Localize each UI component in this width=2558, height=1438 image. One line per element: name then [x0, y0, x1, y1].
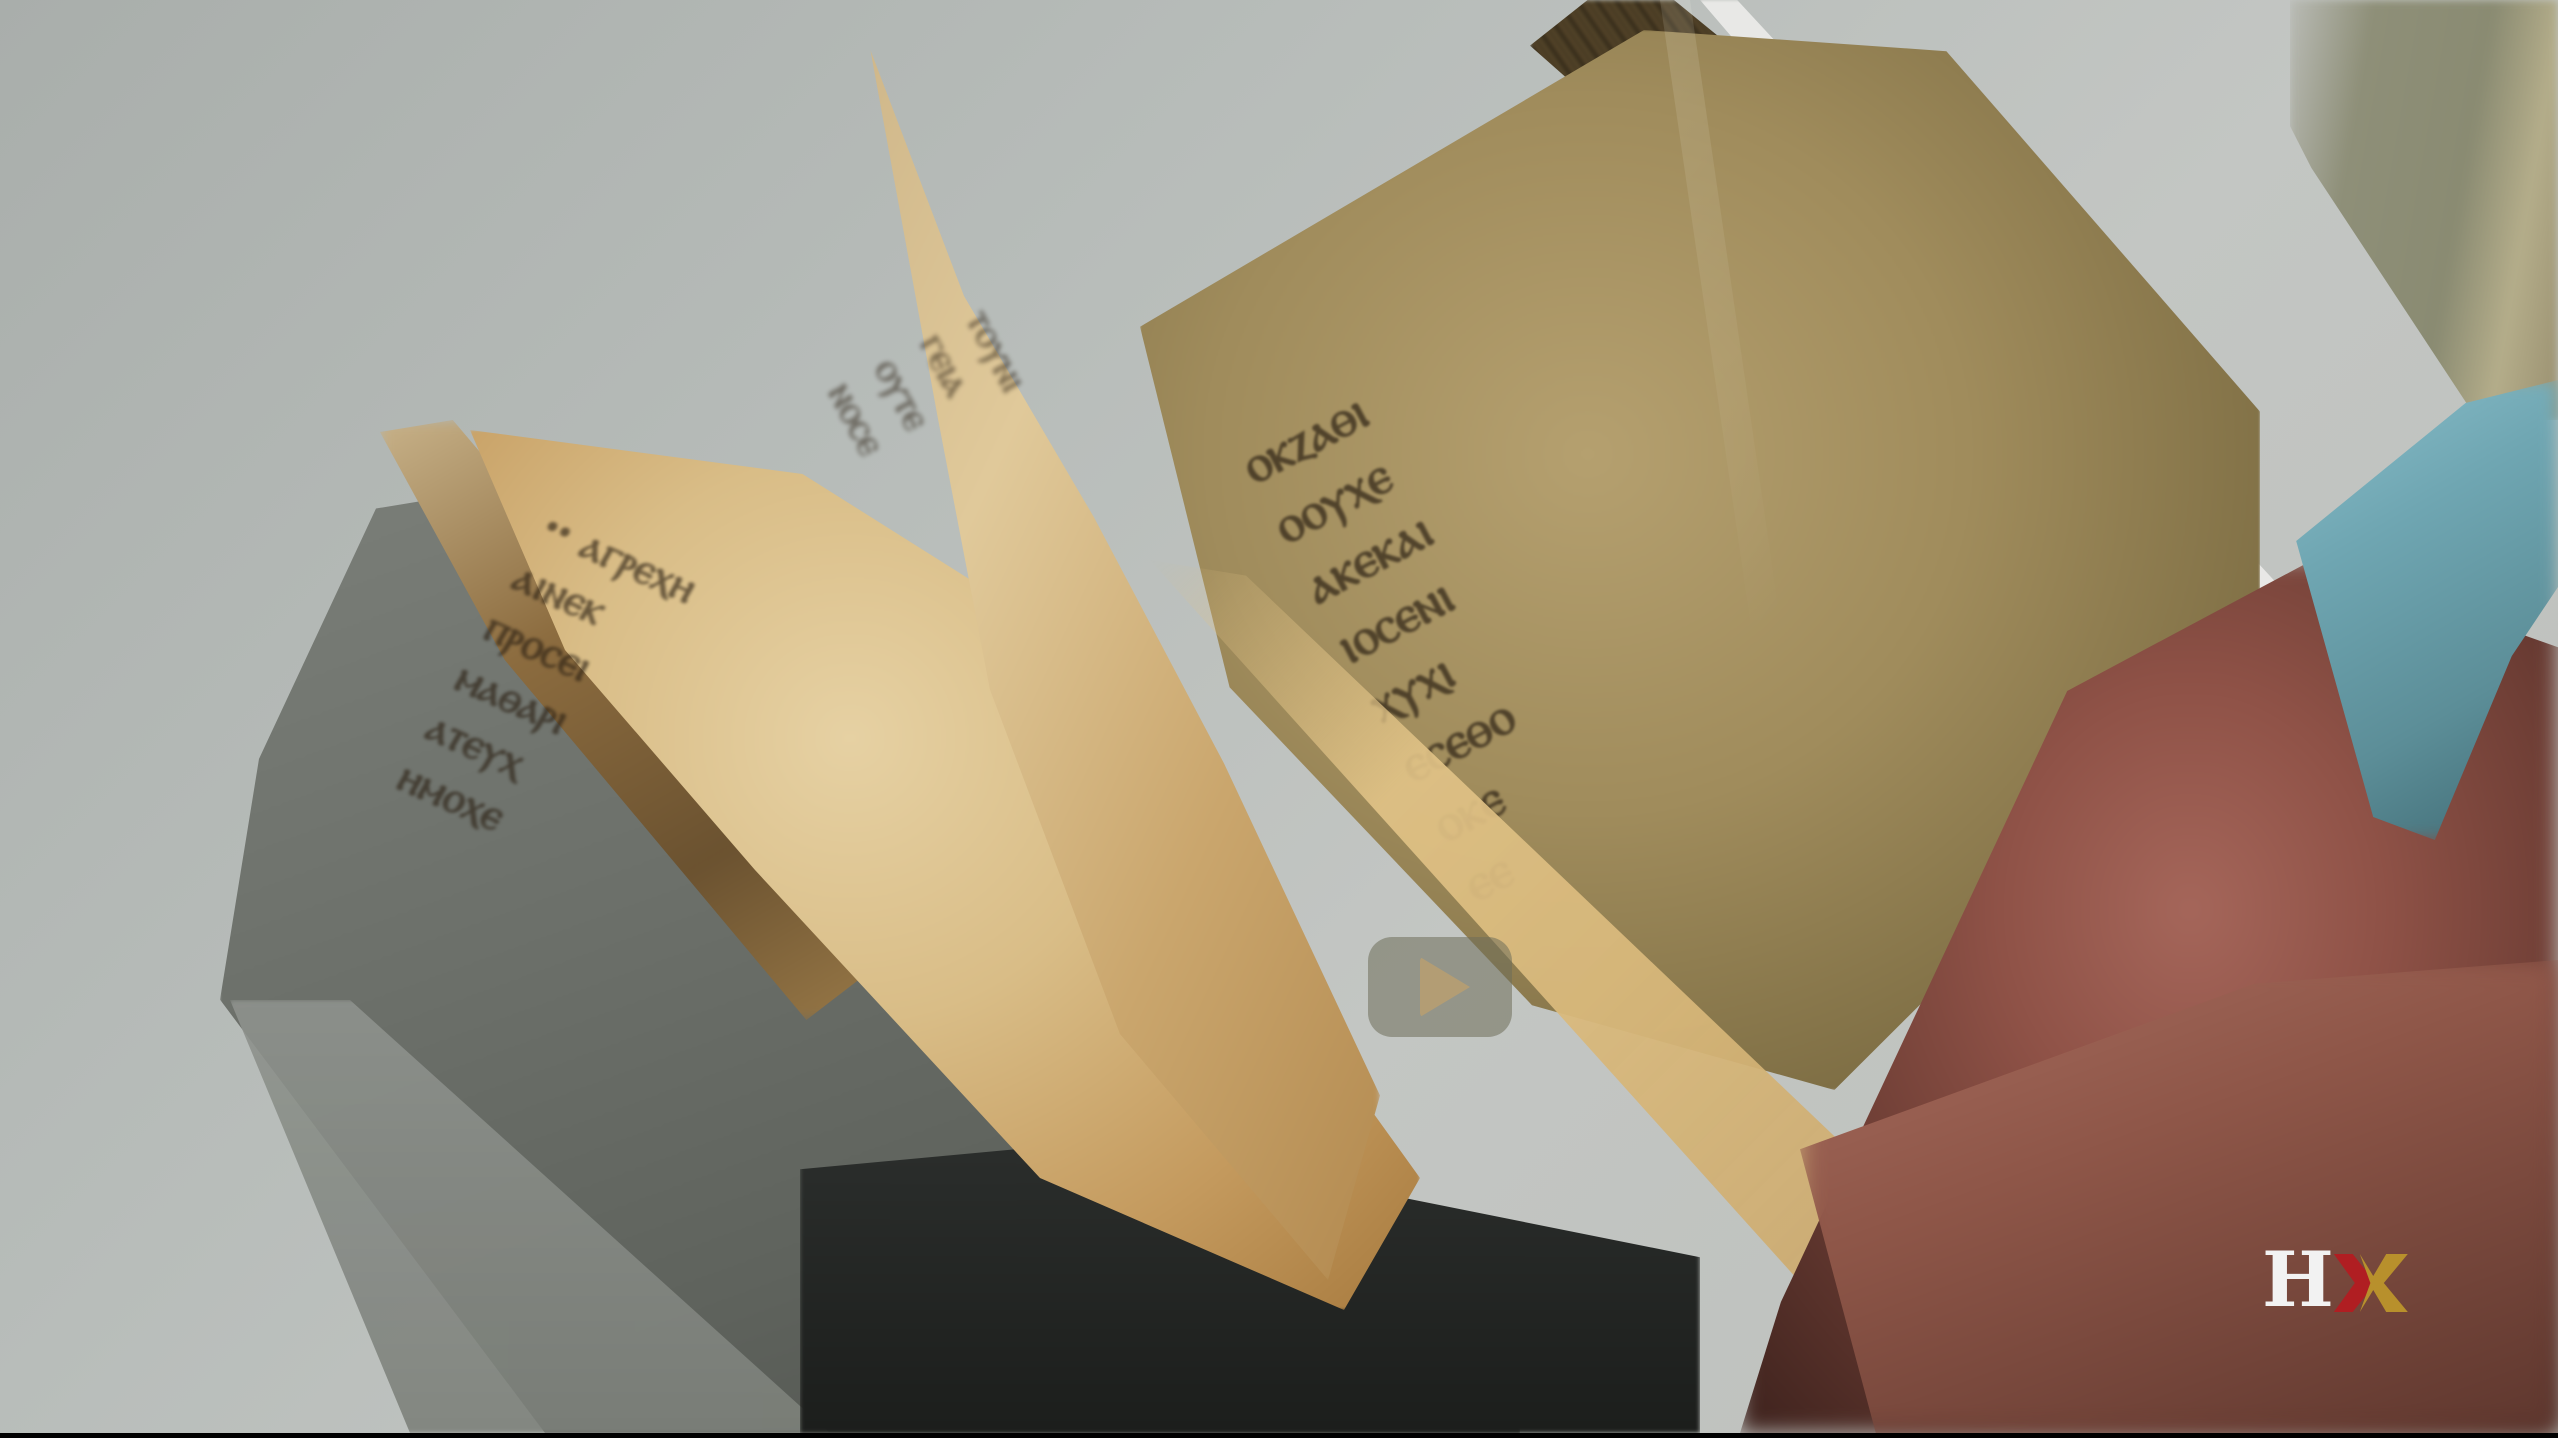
storage-box-background: [2290, 0, 2558, 420]
hx-logo-x-icon: [2334, 1254, 2408, 1312]
hx-logo-watermark: H: [2262, 1242, 2427, 1318]
hx-logo-x-red-chevron: [2334, 1254, 2376, 1312]
hx-logo-h: H: [2262, 1242, 2332, 1318]
letterbox-bar: [0, 1433, 2558, 1438]
play-icon: [1420, 957, 1470, 1017]
video-frame[interactable]: ꞏꞏ ⲁⲅⲣⲉⲭⲏ ⲁⲓⲛⲉⲕ ⲡⲣⲟⲥⲉⲓ ⲙⲁⲑⲁⲣⲓ ⲁⲧⲉⲩⲭ ⲏⲙⲟⲭ…: [0, 0, 2558, 1433]
play-button[interactable]: [1368, 937, 1512, 1037]
video-player[interactable]: ꞏꞏ ⲁⲅⲣⲉⲭⲏ ⲁⲓⲛⲉⲕ ⲡⲣⲟⲥⲉⲓ ⲙⲁⲑⲁⲣⲓ ⲁⲧⲉⲩⲭ ⲏⲙⲟⲭ…: [0, 0, 2558, 1438]
